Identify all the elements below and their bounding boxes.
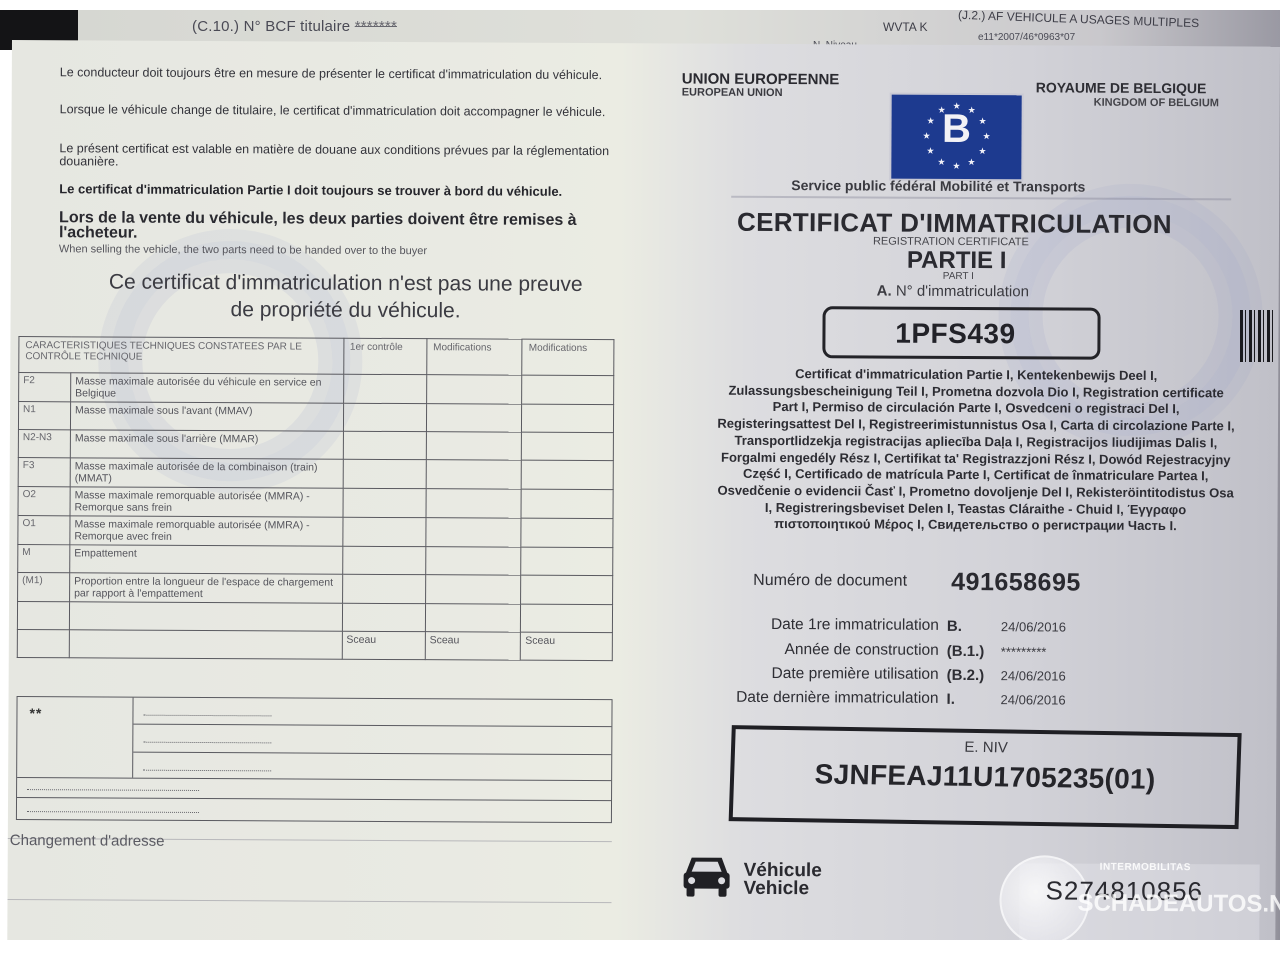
country-label-fr: ROYAUME DE BELGIQUE: [1036, 79, 1207, 96]
row-description: Masse maximale autorisée de la combinais…: [70, 458, 343, 488]
country-letter: B: [891, 107, 1021, 153]
field-label: N° d'immatriculation: [896, 283, 1029, 301]
date-code: (B.2.): [947, 667, 985, 684]
category-value: AF VEHICULE A USAGES MULTIPLES: [988, 9, 1200, 30]
eu-label-en: EUROPEAN UNION: [682, 87, 783, 100]
star-icon: ★: [978, 147, 986, 156]
first-check-cell: [343, 374, 426, 403]
row-description: Masse maximale sous l'arrière (MMAR): [70, 430, 343, 459]
modification-cell: [426, 518, 522, 548]
modification-cell: [522, 375, 614, 404]
table-row: MEmpattement: [18, 545, 613, 576]
seal-cell: Sceau: [342, 631, 425, 659]
modification-cell: [521, 604, 613, 632]
table-header-title: CARACTERISTIQUES TECHNIQUES CONSTATEES P…: [19, 337, 344, 375]
table-header-row: CARACTERISTIQUES TECHNIQUES CONSTATEES P…: [19, 337, 614, 376]
row-description: Masse maximale autorisée du véhicule en …: [71, 373, 344, 403]
right-panel: UNION EUROPEENNE EUROPEAN UNION ROYAUME …: [647, 43, 1280, 946]
table-row: [17, 602, 612, 633]
info-paragraph: Le présent certificat est valable en mat…: [59, 142, 629, 171]
first-check-cell: [342, 574, 425, 603]
issuing-authority: Service public fédéral Mobilité et Trans…: [791, 177, 1085, 195]
ownership-notice: Ce certificat d'immatriculation n'est pa…: [106, 268, 586, 325]
modification-cell: [426, 460, 522, 490]
watermark-brand-small: INTERMOBILITAS: [1100, 862, 1191, 873]
row-description: Masse maximale sous l'avant (MMAV): [70, 402, 343, 431]
row-description: Masse maximale remorquable autorisée (MM…: [70, 487, 343, 517]
category-code: (J.2.): [958, 8, 986, 23]
table-row: N2-N3Masse maximale sous l'arrière (MMAR…: [18, 430, 613, 461]
seal-row: Sceau Sceau Sceau: [17, 630, 612, 661]
technical-inspection-table: CARACTERISTIQUES TECHNIQUES CONSTATEES P…: [17, 336, 615, 661]
modification-cell: [426, 404, 522, 433]
fill-line: [143, 715, 271, 717]
modification-cell: [521, 489, 613, 518]
wvta-value: K: [919, 20, 927, 34]
date-label: Date dernière immatriculation: [736, 689, 939, 708]
row-description: [69, 602, 342, 631]
seal-row-code: [17, 630, 69, 658]
modification-cell: [521, 518, 613, 547]
approval-number: e11*2007/46*0963*07: [978, 32, 1075, 43]
star-icon: ★: [926, 147, 934, 156]
registration-number: 1PFS439: [825, 317, 1085, 350]
row-code: N2-N3: [18, 430, 70, 458]
date-code: I.: [947, 691, 955, 708]
date-label: Date première utilisation: [772, 665, 939, 684]
col-first-check: 1er contrôle: [343, 338, 426, 374]
table-row: F3Masse maximale autorisée de la combina…: [18, 458, 613, 490]
first-check-cell: [343, 488, 426, 517]
table-row: O1Masse maximale remorquable autorisée (…: [18, 516, 613, 548]
divider: [17, 797, 611, 801]
registration-certificate: Le conducteur doit toujours être en mesu…: [7, 40, 1280, 947]
row-code: [17, 602, 69, 630]
star-icon: ★: [938, 106, 946, 115]
date-label: Date 1re immatriculation: [771, 616, 939, 635]
vin-label: E. NIV: [735, 735, 1237, 760]
bcf-holder-field: (C.10.) N° BCF titulaire *******: [192, 18, 397, 35]
first-check-cell: [342, 517, 425, 546]
row-code: (M1): [18, 573, 70, 602]
date-code: (B.1.): [947, 643, 985, 660]
bcf-holder-label: (C.10.) N° BCF titulaire: [192, 18, 350, 35]
row-code: O2: [18, 487, 70, 516]
vehicle-category-field: (J.2.) AF VEHICULE A USAGES MULTIPLES: [958, 8, 1200, 30]
fill-line: [27, 811, 199, 813]
table-row: N1Masse maximale sous l'avant (MMAV): [18, 402, 613, 433]
address-change-label: Changement d'adresse: [10, 832, 165, 850]
bcf-holder-value: *******: [355, 18, 397, 35]
divider: [731, 196, 1231, 201]
vin-box: E. NIV SJNFEAJ11U1705235(01): [729, 725, 1242, 829]
fill-line: [143, 742, 271, 744]
scan-margin: [0, 940, 1280, 960]
first-check-cell: [342, 603, 425, 631]
row-code: N1: [18, 402, 70, 430]
modification-cell: [522, 404, 614, 432]
modification-cell: [521, 547, 613, 575]
divider: [17, 777, 611, 781]
first-check-cell: [342, 546, 425, 574]
date-value: 24/06/2016: [1001, 619, 1066, 634]
first-check-cell: [343, 431, 426, 459]
modification-cell: [425, 575, 521, 605]
document-number: 491658695: [951, 568, 1081, 598]
sale-notice-english: When selling the vehicle, the two parts …: [59, 243, 629, 259]
registration-plate-box: 1PFS439: [822, 306, 1100, 359]
info-paragraph: Le conducteur doit toujours être en mesu…: [60, 66, 630, 82]
modification-cell: [426, 489, 522, 519]
seal-cell: Sceau: [521, 632, 613, 660]
modification-cell: [521, 575, 613, 604]
multilingual-title-list: Certificat d'immatriculation Partie I, K…: [715, 366, 1236, 536]
row-description: Proportion entre la longueur de l'espace…: [70, 573, 343, 603]
annotation-box: **: [16, 696, 613, 823]
modification-cell: [522, 460, 614, 489]
part-title-en: PART I: [943, 271, 974, 282]
modification-cell: [425, 547, 521, 576]
fill-line: [143, 770, 271, 772]
divider: [133, 752, 611, 756]
car-icon: [682, 854, 732, 898]
star-icon: ★: [979, 117, 987, 126]
table-row: O2Masse maximale remorquable autorisée (…: [18, 487, 613, 519]
star-icon: ★: [952, 162, 960, 171]
row-code: F3: [18, 458, 70, 487]
table-row: F2Masse maximale autorisée du véhicule e…: [19, 373, 614, 405]
sale-notice: Lors de la vente du véhicule, les deux p…: [59, 210, 629, 243]
annotation-box-left: **: [17, 697, 133, 778]
date-label: Année de construction: [785, 641, 939, 660]
barcode: [1240, 310, 1276, 362]
wvta-label: WVTA: [883, 20, 916, 34]
first-check-cell: [343, 403, 426, 431]
vehicle-label-en: Vehicle: [744, 878, 810, 900]
modification-cell: [426, 432, 522, 461]
col-modifications-1: Modifications: [426, 339, 522, 376]
date-value: 24/06/2016: [1001, 692, 1066, 707]
document-number-label: Numéro de document: [753, 572, 907, 591]
modification-cell: [426, 375, 522, 405]
modification-cell: [425, 604, 521, 633]
table-row: (M1)Proportion entre la longueur de l'es…: [18, 573, 613, 605]
divider: [133, 724, 611, 728]
star-icon: ★: [927, 117, 935, 126]
registration-number-label: A. N° d'immatriculation: [877, 283, 1029, 301]
row-code: O1: [18, 516, 70, 545]
first-check-cell: [343, 459, 426, 488]
left-panel: Le conducteur doit toujours être en mesu…: [7, 40, 652, 943]
vin-number: SJNFEAJ11U1705235(01): [734, 757, 1237, 797]
onboard-notice: Le certificat d'immatriculation Partie I…: [59, 182, 629, 198]
date-code: B.: [947, 618, 962, 635]
wvta-field: WVTA K: [883, 20, 927, 34]
stars-marker: **: [29, 705, 42, 721]
modification-cell: [522, 432, 614, 460]
star-icon: ★: [922, 132, 930, 141]
star-icon: ★: [967, 158, 975, 167]
row-code: F2: [19, 373, 71, 402]
fill-line: [27, 789, 199, 791]
star-icon: ★: [982, 132, 990, 141]
row-description: Masse maximale remorquable autorisée (MM…: [70, 516, 343, 546]
row-code: M: [18, 545, 70, 573]
col-modifications-2: Modifications: [522, 339, 614, 375]
star-icon: ★: [937, 158, 945, 167]
date-value: *********: [1001, 644, 1047, 659]
star-icon: ★: [953, 102, 961, 111]
seal-row-desc: [69, 630, 342, 659]
seal-cell: Sceau: [425, 632, 521, 661]
date-value: 24/06/2016: [1001, 668, 1066, 683]
watermark-brand: SCHADEAUTOS.NL: [1077, 890, 1280, 919]
star-icon: ★: [968, 106, 976, 115]
country-label-en: KINGDOM OF BELGIUM: [1094, 97, 1219, 110]
row-description: Empattement: [70, 545, 343, 574]
eu-flag-emblem: B ★★★★★★★★★★★★: [891, 95, 1021, 180]
field-code: A.: [877, 283, 892, 300]
info-paragraph: Lorsque le véhicule change de titulaire,…: [60, 103, 630, 119]
